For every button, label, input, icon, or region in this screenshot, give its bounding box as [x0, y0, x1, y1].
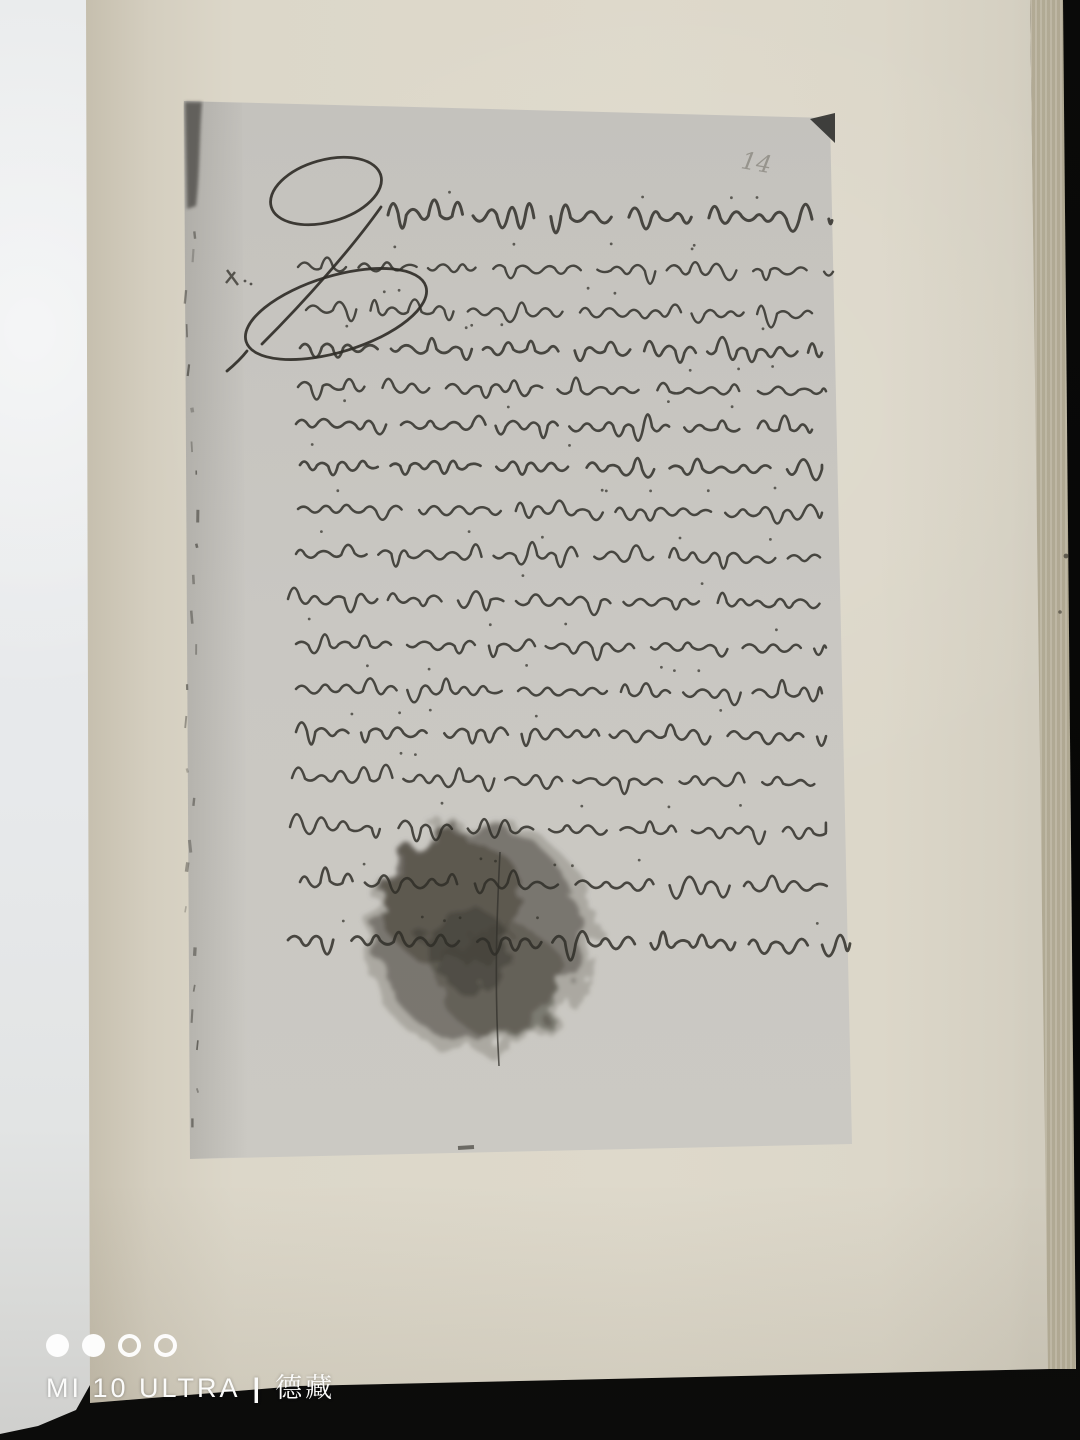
binding-speckle — [192, 408, 193, 413]
ink-dot — [774, 487, 777, 490]
ink-dot — [513, 243, 516, 246]
ink-dot — [393, 246, 396, 249]
ink-dot — [571, 864, 574, 867]
ink-dot — [660, 666, 663, 669]
binding-speckle — [189, 840, 190, 853]
ink-dot — [731, 405, 734, 408]
ink-dot — [587, 287, 590, 290]
ink-dot — [342, 920, 345, 923]
ink-dot — [701, 582, 704, 585]
ink-dot — [414, 753, 417, 756]
ink-dot — [564, 623, 567, 626]
binding-speckle — [195, 947, 196, 956]
ink-dot — [580, 805, 583, 808]
device-label: MI 10 ULTRA — [46, 1373, 241, 1403]
ink-dot — [693, 244, 696, 247]
ink-dot — [320, 530, 323, 533]
binding-speckle — [194, 231, 195, 238]
ink-dot — [351, 713, 354, 716]
ink-dot — [541, 536, 544, 539]
ink-dot — [697, 669, 700, 672]
ink-dot — [400, 752, 403, 755]
binding-speckle — [193, 249, 194, 262]
ink-dot — [429, 709, 432, 712]
ink-dot — [343, 399, 346, 402]
ink-dot — [638, 859, 641, 862]
ink-dot — [459, 916, 462, 919]
ink-dot — [345, 325, 348, 328]
binding-speckle — [194, 985, 195, 992]
ink-dot — [719, 709, 722, 712]
ink-dot — [500, 323, 503, 326]
ink-dot — [641, 196, 644, 199]
ink-dot — [610, 243, 613, 246]
binding-speckle — [187, 768, 188, 772]
binding-speckle — [185, 716, 186, 728]
capture-dot-filled — [82, 1334, 105, 1357]
binding-speckle — [187, 324, 188, 337]
watermark-text: MI 10 ULTRA|德藏 — [46, 1375, 335, 1402]
ink-dot — [762, 327, 765, 330]
collection-label: 德藏 — [275, 1373, 335, 1403]
ink-dot — [673, 669, 676, 672]
ink-dot — [730, 196, 733, 199]
ink-dot — [308, 618, 311, 621]
ink-dot — [441, 802, 444, 805]
ink-dot — [470, 324, 473, 327]
ink-dot — [668, 806, 671, 809]
binding-speckle — [188, 364, 189, 376]
ink-dot — [480, 857, 483, 860]
camera-watermark: MI 10 ULTRA|德藏 — [46, 1334, 335, 1402]
ink-dot — [816, 922, 819, 925]
ink-dot — [771, 365, 774, 368]
binding-speckle — [197, 1040, 198, 1050]
binding-speckle — [187, 862, 188, 871]
ink-dot — [311, 443, 314, 446]
fore-edge-speck — [1064, 554, 1069, 559]
ink-dot — [536, 916, 539, 919]
ink-dot — [428, 668, 431, 671]
capture-dot-outline — [154, 1334, 177, 1357]
binding-speckle — [192, 1009, 193, 1023]
ink-dot — [363, 863, 366, 866]
ink-dot — [507, 406, 510, 409]
ink-dot — [383, 290, 386, 293]
ink-dot — [707, 489, 710, 492]
ink-dot — [468, 530, 471, 533]
ink-dot — [494, 860, 497, 863]
ink-dot — [489, 623, 492, 626]
capture-dot-filled — [46, 1334, 69, 1357]
plate-bottom-tick — [458, 1147, 474, 1148]
binding-speckle — [185, 906, 186, 912]
ink-dot — [398, 711, 401, 714]
binding-speckle — [193, 575, 194, 584]
manuscript-plate: 14 — [0, 0, 1080, 1440]
photo-of-open-book: 14 MI 10 U — [0, 0, 1080, 1440]
ink-dot — [756, 196, 759, 199]
ink-dot — [691, 248, 694, 251]
fore-edge-speck — [1058, 610, 1062, 614]
ink-dot — [737, 368, 740, 371]
folio-number: 14 — [739, 146, 774, 179]
ink-dot — [679, 537, 682, 540]
ink-dot — [689, 369, 692, 372]
ink-dot — [614, 292, 617, 295]
capture-dot-outline — [118, 1334, 141, 1357]
ink-dot — [775, 628, 778, 631]
ink-dot — [568, 444, 571, 447]
binding-speckle — [192, 442, 193, 453]
ink-dot — [421, 916, 424, 919]
ink-dot — [465, 326, 468, 329]
ink-dot — [525, 664, 528, 667]
ink-dot — [448, 191, 451, 194]
ink-dot — [739, 804, 742, 807]
ink-dot — [366, 664, 369, 667]
ink-dot — [553, 864, 556, 867]
ink-dot — [769, 538, 772, 541]
binding-speckle — [193, 798, 194, 806]
ink-dot — [601, 489, 604, 492]
ink-dot — [605, 490, 608, 493]
ink-dot — [667, 400, 670, 403]
binding-speckle — [185, 290, 186, 304]
ink-dot — [398, 289, 401, 292]
ink-dot — [535, 715, 538, 718]
binding-speckle — [196, 544, 197, 548]
capture-dots-indicator — [46, 1334, 335, 1357]
ink-dot — [443, 919, 446, 922]
watermark-divider: | — [253, 1373, 264, 1403]
ink-dot — [522, 574, 525, 577]
ink-dot — [336, 489, 339, 492]
binding-speckle — [191, 611, 192, 624]
ink-dot — [649, 490, 652, 493]
